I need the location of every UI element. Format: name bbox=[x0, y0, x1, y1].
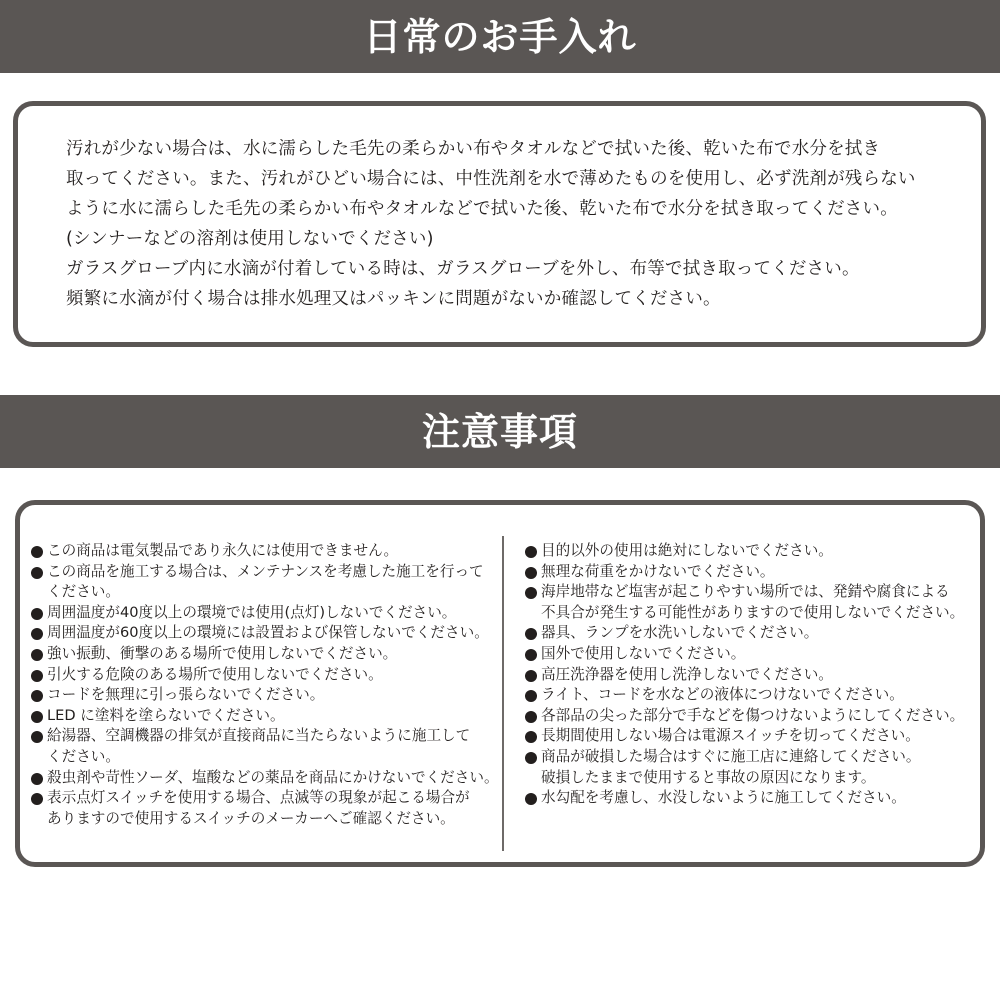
caution-item-text: LED に塗料を塗らないでください。 bbox=[47, 706, 501, 727]
care-line: 取ってください。また、汚れがひどい場合には、中性洗剤を水で薄めたものを使用し、必… bbox=[66, 164, 946, 194]
caution-item-text: ライト、コードを水などの液体につけないでください。 bbox=[541, 685, 980, 706]
caution-item-text: 無理な荷重をかけないでください。 bbox=[541, 562, 980, 583]
column-divider bbox=[502, 536, 504, 851]
care-line: 汚れが少ない場合は、水に濡らした毛先の柔らかい布やタオルなどで拭いた後、乾いた布… bbox=[66, 134, 946, 164]
bullet-icon bbox=[31, 567, 43, 579]
caution-right-column: 目的以外の使用は絶対にしないでください。無理な荷重をかけないでください。海岸地帯… bbox=[525, 541, 980, 809]
bullet-icon bbox=[31, 773, 43, 785]
caution-item-text: 引火する危険のある場所で使用しないでください。 bbox=[47, 665, 501, 686]
care-line: (シンナーなどの溶剤は使用しないでください) bbox=[66, 224, 946, 254]
caution-item-text: ください。 bbox=[47, 582, 501, 603]
caution-box: この商品は電気製品であり永久には使用できません。この商品を施工する場合は、メンテ… bbox=[15, 500, 985, 867]
bullet-icon bbox=[525, 731, 537, 743]
caution-list-item: LED に塗料を塗らないでください。 bbox=[31, 706, 501, 727]
caution-list-item: 殺虫剤や苛性ソーダ、塩酸などの薬品を商品にかけないでください。 bbox=[31, 768, 501, 789]
care-line: ガラスグローブ内に水滴が付着している時は、ガラスグローブを外し、布等で拭き取って… bbox=[66, 254, 946, 284]
care-line: ように水に濡らした毛先の柔らかい布やタオルなどで拭いた後、乾いた布で水分を拭き取… bbox=[66, 194, 946, 224]
caution-list-item: 国外で使用しないでください。 bbox=[525, 644, 980, 665]
caution-list-item: 海岸地帯など塩害が起こりやすい場所では、発錆や腐食による不具合が発生する可能性が… bbox=[525, 582, 980, 623]
caution-list-item: 水勾配を考慮し、水没しないように施工してください。 bbox=[525, 788, 980, 809]
caution-list-item: 高圧洗浄器を使用し洗浄しないでください。 bbox=[525, 665, 980, 686]
caution-list-item: 目的以外の使用は絶対にしないでください。 bbox=[525, 541, 980, 562]
caution-item-text: 各部品の尖った部分で手などを傷つけないようにしてください。 bbox=[541, 706, 980, 727]
bullet-icon bbox=[31, 608, 43, 620]
caution-item-text: 不具合が発生する可能性がありますので使用しないでください。 bbox=[541, 603, 980, 624]
caution-item-text: 海岸地帯など塩害が起こりやすい場所では、発錆や腐食による bbox=[541, 582, 980, 603]
daily-care-box: 汚れが少ない場合は、水に濡らした毛先の柔らかい布やタオルなどで拭いた後、乾いた布… bbox=[13, 101, 986, 347]
caution-title: 注意事項 bbox=[422, 413, 578, 451]
caution-list-item: この商品は電気製品であり永久には使用できません。 bbox=[31, 541, 501, 562]
bullet-icon bbox=[525, 711, 537, 723]
bullet-icon bbox=[31, 711, 43, 723]
daily-care-header: 日常のお手入れ bbox=[0, 0, 1000, 73]
caution-list-item: 給湯器、空調機器の排気が直接商品に当たらないように施工してください。 bbox=[31, 726, 501, 767]
daily-care-title: 日常のお手入れ bbox=[363, 18, 636, 56]
caution-list-item: 強い振動、衝撃のある場所で使用しないでください。 bbox=[31, 644, 501, 665]
caution-item-text: 器具、ランプを水洗いしないでください。 bbox=[541, 623, 980, 644]
caution-list-item: 表示点灯スイッチを使用する場合、点滅等の現象が起こる場合がありますので使用するス… bbox=[31, 788, 501, 829]
bullet-icon bbox=[31, 670, 43, 682]
caution-list-item: ライト、コードを水などの液体につけないでください。 bbox=[525, 685, 980, 706]
caution-list-item: 引火する危険のある場所で使用しないでください。 bbox=[31, 665, 501, 686]
caution-item-text: 水勾配を考慮し、水没しないように施工してください。 bbox=[541, 788, 980, 809]
bullet-icon bbox=[525, 628, 537, 640]
caution-item-text: 給湯器、空調機器の排気が直接商品に当たらないように施工して bbox=[47, 726, 501, 747]
bullet-icon bbox=[525, 670, 537, 682]
caution-list-item: 商品が破損した場合はすぐに施工店に連絡してください。破損したままで使用すると事故… bbox=[525, 747, 980, 788]
caution-item-text: 強い振動、衝撃のある場所で使用しないでください。 bbox=[47, 644, 501, 665]
caution-item-text: 表示点灯スイッチを使用する場合、点滅等の現象が起こる場合が bbox=[47, 788, 501, 809]
caution-item-text: 破損したままで使用すると事故の原因になります。 bbox=[541, 768, 980, 789]
bullet-icon bbox=[31, 793, 43, 805]
caution-item-text: 目的以外の使用は絶対にしないでください。 bbox=[541, 541, 980, 562]
bullet-icon bbox=[31, 649, 43, 661]
caution-item-text: 商品が破損した場合はすぐに施工店に連絡してください。 bbox=[541, 747, 980, 768]
bullet-icon bbox=[31, 546, 43, 558]
caution-list-item: この商品を施工する場合は、メンテナンスを考慮した施工を行ってください。 bbox=[31, 562, 501, 603]
caution-header: 注意事項 bbox=[0, 395, 1000, 468]
caution-list-item: 長期間使用しない場合は電源スイッチを切ってください。 bbox=[525, 726, 980, 747]
caution-item-text: 高圧洗浄器を使用し洗浄しないでください。 bbox=[541, 665, 980, 686]
bullet-icon bbox=[31, 731, 43, 743]
caution-item-text: コードを無理に引っ張らないでください。 bbox=[47, 685, 501, 706]
care-line: 頻繁に水滴が付く場合は排水処理又はパッキンに問題がないか確認してください。 bbox=[66, 284, 946, 314]
caution-list-item: 無理な荷重をかけないでください。 bbox=[525, 562, 980, 583]
caution-item-text: この商品は電気製品であり永久には使用できません。 bbox=[47, 541, 501, 562]
caution-list-item: 各部品の尖った部分で手などを傷つけないようにしてください。 bbox=[525, 706, 980, 727]
caution-left-column: この商品は電気製品であり永久には使用できません。この商品を施工する場合は、メンテ… bbox=[31, 541, 501, 829]
bullet-icon bbox=[31, 690, 43, 702]
caution-list-item: 周囲温度が40度以上の環境では使用(点灯)しないでください。 bbox=[31, 603, 501, 624]
caution-item-text: 殺虫剤や苛性ソーダ、塩酸などの薬品を商品にかけないでください。 bbox=[47, 768, 501, 789]
bullet-icon bbox=[525, 587, 537, 599]
bullet-icon bbox=[525, 649, 537, 661]
daily-care-text: 汚れが少ない場合は、水に濡らした毛先の柔らかい布やタオルなどで拭いた後、乾いた布… bbox=[66, 134, 946, 314]
caution-item-text: ありますので使用するスイッチのメーカーへご確認ください。 bbox=[47, 809, 501, 830]
bullet-icon bbox=[525, 690, 537, 702]
bullet-icon bbox=[31, 628, 43, 640]
caution-list-item: 周囲温度が60度以上の環境には設置および保管しないでください。 bbox=[31, 623, 501, 644]
caution-item-text: 長期間使用しない場合は電源スイッチを切ってください。 bbox=[541, 726, 980, 747]
bullet-icon bbox=[525, 567, 537, 579]
caution-list-item: コードを無理に引っ張らないでください。 bbox=[31, 685, 501, 706]
bullet-icon bbox=[525, 752, 537, 764]
caution-item-text: 周囲温度が40度以上の環境では使用(点灯)しないでください。 bbox=[47, 603, 501, 624]
caution-item-text: 国外で使用しないでください。 bbox=[541, 644, 980, 665]
bullet-icon bbox=[525, 793, 537, 805]
bullet-icon bbox=[525, 546, 537, 558]
caution-item-text: ください。 bbox=[47, 747, 501, 768]
caution-item-text: この商品を施工する場合は、メンテナンスを考慮した施工を行って bbox=[47, 562, 501, 583]
caution-item-text: 周囲温度が60度以上の環境には設置および保管しないでください。 bbox=[47, 623, 501, 644]
caution-list-item: 器具、ランプを水洗いしないでください。 bbox=[525, 623, 980, 644]
